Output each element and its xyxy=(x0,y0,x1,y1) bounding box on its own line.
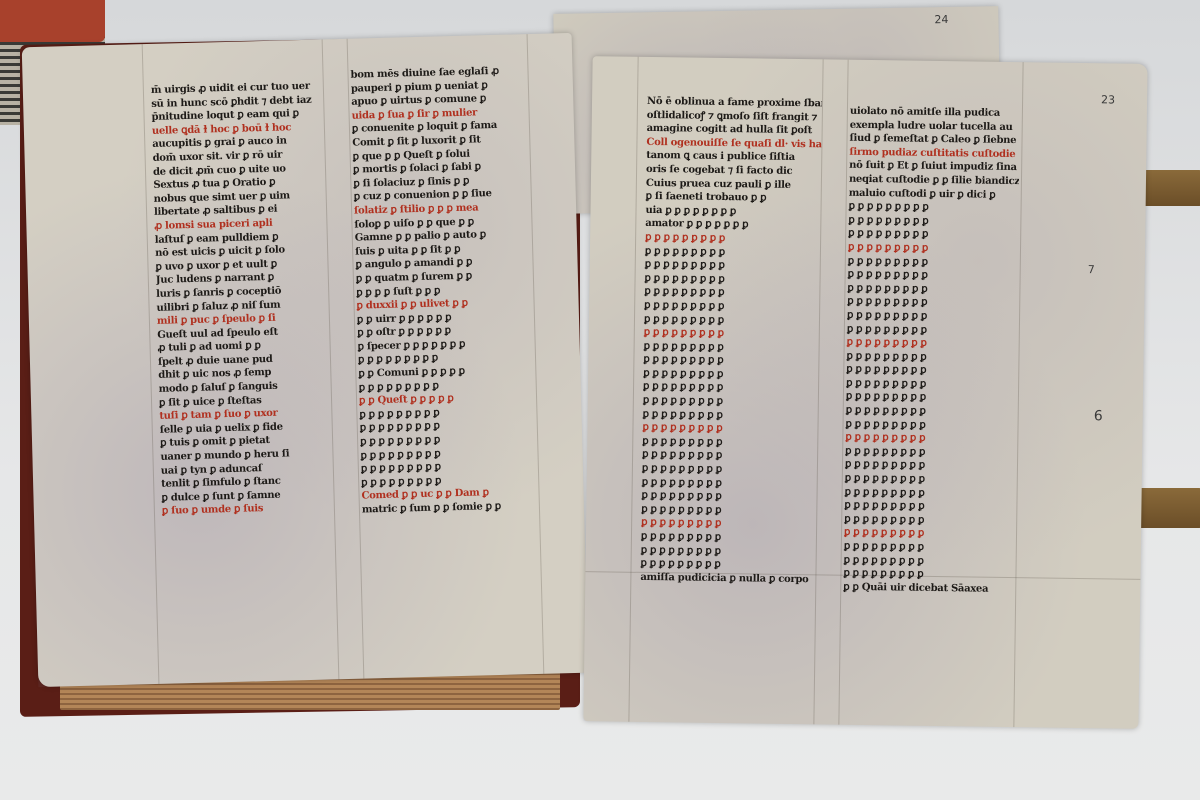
text-column-right-b: uiolato nō amitſe illa pudicaexempla lud… xyxy=(843,105,1020,597)
text-column-right-a: Nō ē oblinua a fame proxime ſbaroſtlidal… xyxy=(640,95,822,587)
manuscript-line: amiſſa pudicicia ꝑ nulla ꝑ corpo xyxy=(640,571,815,587)
margin-mark-upper: 7 xyxy=(1088,263,1095,276)
rubricated-heading xyxy=(0,0,105,42)
right-page: 23 7 6 Nō ē oblinua a fame proxime ſbaro… xyxy=(583,56,1147,729)
folio-number-right: 23 xyxy=(1101,93,1115,106)
folio-number-back: 24 xyxy=(934,13,948,26)
text-column-left-b: bom mēs diuine ſae eglaſi ꝓpauperi ꝑ piu… xyxy=(350,64,538,538)
manuscript-line: ꝑ ꝑ Quāi uir dicebat Sāaxea xyxy=(843,580,1013,596)
left-page: m̄ uirgis ꝓ uidit ei cur tuo uersū in hu… xyxy=(22,33,589,687)
text-column-left-a: m̄ uirgis ꝓ uidit ei cur tuo uersū in hu… xyxy=(151,79,333,553)
margin-mark-lower: 6 xyxy=(1094,408,1103,424)
